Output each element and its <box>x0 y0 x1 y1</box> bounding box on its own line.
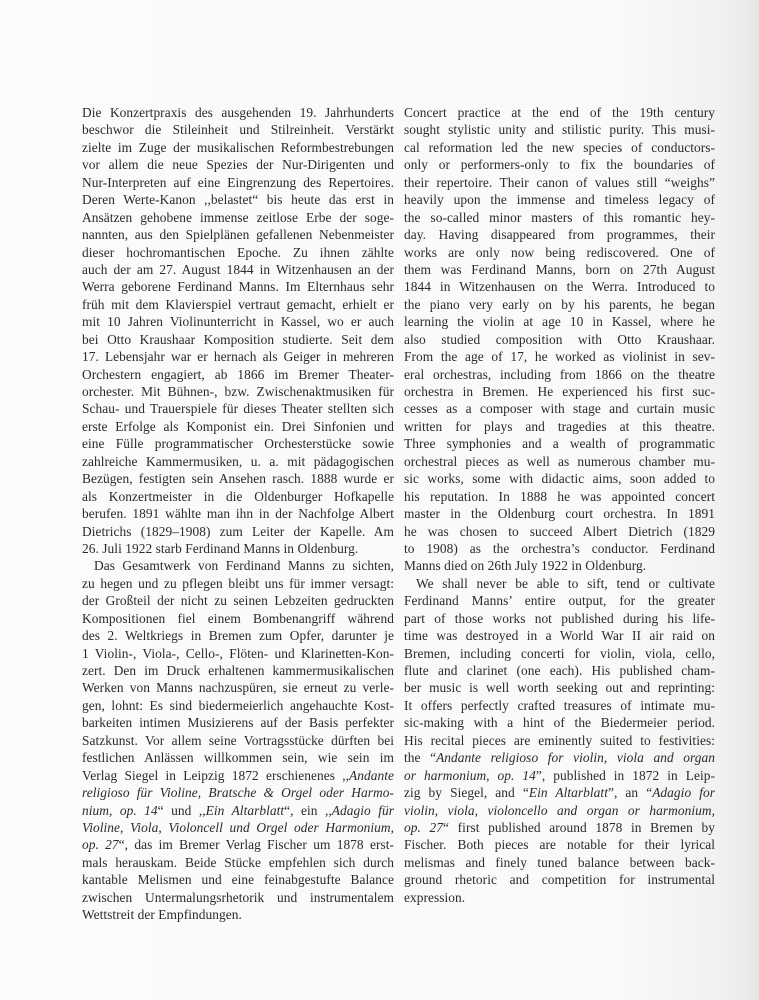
text-line: It offers perfectly crafted treasures of… <box>404 697 715 714</box>
text-fragment: “ und ,, <box>158 803 206 818</box>
text-line: or harmonium, op. 14”, published in 1872… <box>404 767 715 784</box>
text-line: the “Andante religioso for violin, viola… <box>404 749 715 766</box>
document-page: Die Konzertpraxis des ausgehenden 19. Ja… <box>0 0 759 1000</box>
text-line: Fischer. Both pieces are notable for the… <box>404 836 715 853</box>
text-line: day. Having disappeared from programmes,… <box>404 226 715 243</box>
text-line: mals herauskam. Beide Stücke empfehlen s… <box>82 854 394 871</box>
text-line: he was chosen to succeed Albert Dietrich… <box>404 523 715 540</box>
text-line: time was destroyed in a World War II air… <box>404 627 715 644</box>
text-line: Manns died on 26th July 1922 in Oldenbur… <box>404 557 715 574</box>
text-line: op. 27“, das im Bremer Verlag Fischer um… <box>82 836 394 853</box>
german-text-column: Die Konzertpraxis des ausgehenden 19. Ja… <box>82 104 394 924</box>
text-line: bei Otto Kraushaar Komposition studierte… <box>82 331 394 348</box>
text-line: From the age of 17, he worked as violini… <box>404 348 715 365</box>
text-line: op. 27“ first published around 1878 in B… <box>404 819 715 836</box>
text-line: Ansätzen gehobene immense zeitlose Erbe … <box>82 209 394 226</box>
text-line: früh mit dem Klavierspiel vertraut gemac… <box>82 296 394 313</box>
text-line: Wettstreit der Empfindungen. <box>82 906 394 923</box>
text-line: Three symphonies and a wealth of program… <box>404 435 715 452</box>
text-line: Satzkunst. Vor allem seine Vortragsstück… <box>82 732 394 749</box>
text-line: Nur-Interpreten auf eine Eingrenzung des… <box>82 174 394 191</box>
text-line: zig by Siegel, and “Ein Altarblatt”, an … <box>404 784 715 801</box>
text-line: religioso für Violine, Bratsche & Orgel … <box>82 784 394 801</box>
text-fragment: zig by Siegel, and “ <box>404 785 529 800</box>
text-line: cesses as a composer with stage and curt… <box>404 400 715 417</box>
text-line: ber music is well worth seeking out and … <box>404 679 715 696</box>
text-line: dieser hochromantischen Epoche. Zu ihnen… <box>82 244 394 261</box>
text-fragment: “ first published around 1878 in Bremen … <box>443 820 715 835</box>
text-line: heavily upon the immense and timeless le… <box>404 191 715 208</box>
text-line: sic works, some with didactic aims, soon… <box>404 470 715 487</box>
work-title-italic: religioso für Violine, Bratsche & Orgel … <box>82 785 394 800</box>
english-paragraph-works: We shall never be able to sift, tend or … <box>404 575 715 906</box>
text-line: Die Konzertpraxis des ausgehenden 19. Ja… <box>82 104 394 121</box>
text-line: written for plays and tragedies at this … <box>404 418 715 435</box>
text-line: Dietrichs (1829–1908) zum Leiter der Kap… <box>82 523 394 540</box>
text-line: Orchestern engagiert, ab 1866 im Bremer … <box>82 366 394 383</box>
work-title-italic: Violine, Viola, Violoncell und Orgel ode… <box>82 820 394 835</box>
text-fragment: “, das im Bremer Verlag Fischer um 1878 … <box>119 837 394 852</box>
text-line: the so-called minor masters of this roma… <box>404 209 715 226</box>
text-line: the piano very early on by his parents, … <box>404 296 715 313</box>
text-line: gen, lohnt: Es sind biedermeierlich ange… <box>82 697 394 714</box>
text-line: zielte im Zuge der musikalischen Reformb… <box>82 139 394 156</box>
work-title-italic: or harmonium, op. 14 <box>404 768 536 783</box>
text-line: berufen. 1891 wählte man ihn in der Nach… <box>82 505 394 522</box>
text-line: ground rhetoric and competition for inst… <box>404 871 715 888</box>
text-line: orchestral pieces as well as numerous ch… <box>404 453 715 470</box>
text-line: learning the violin at age 10 in Kassel,… <box>404 313 715 330</box>
text-line: als Konzertmeister in die Oldenburger Ho… <box>82 488 394 505</box>
work-title-italic: Ein Altarblatt <box>529 785 608 800</box>
text-fragment: ”, published in 1872 in Leip- <box>536 768 715 783</box>
text-line: orchester. Mit Bühnen-, bzw. Zwischenakt… <box>82 383 394 400</box>
work-title-italic: op. 27 <box>404 820 443 835</box>
text-line: zahlreiche Kammermusiken, u. a. mit päda… <box>82 453 394 470</box>
text-line: Bezügen, festigten sein Ansehen rasch. 1… <box>82 470 394 487</box>
text-line: Ferdinand Manns’ entire output, for the … <box>404 592 715 609</box>
text-line: zert. Den im Druck erhaltenen kammermusi… <box>82 662 394 679</box>
text-line: Concert practice at the end of the 19th … <box>404 104 715 121</box>
text-line: mit 10 Jahren Violinunterricht in Kassel… <box>82 313 394 330</box>
text-line: Schau- und Trauerspiele für dieses Theat… <box>82 400 394 417</box>
text-line: beschwor die Stileinheit und Stilreinhei… <box>82 121 394 138</box>
text-line: des 2. Weltkriegs in Bremen zum Opfer, d… <box>82 627 394 644</box>
text-line: expression. <box>404 889 715 906</box>
text-fragment: the “ <box>404 750 436 765</box>
text-line: them was Ferdinand Manns, born on 27th A… <box>404 261 715 278</box>
text-line: melismas and finely tuned balance betwee… <box>404 854 715 871</box>
text-line: der Großteil der nicht zu seinen Lebzeit… <box>82 592 394 609</box>
text-fragment: Verlag Siegel in Leipzig 1872 erschienen… <box>82 768 349 783</box>
text-line: part of those works not published during… <box>404 610 715 627</box>
text-line: Das Gesamtwerk von Ferdinand Manns zu si… <box>94 557 394 574</box>
text-line: festlichen Anlässen willkommen sein, wie… <box>82 749 394 766</box>
text-line: 1844 in Witzenhausen on the Werra. Intro… <box>404 278 715 295</box>
text-line: Bremen, including concerti for violin, v… <box>404 645 715 662</box>
text-line: kantable Melismen und eine feinabgestuft… <box>82 871 394 888</box>
text-fragment: “, ein ,, <box>284 803 332 818</box>
text-line: barkeiten intimen Musizierens auf der Ba… <box>82 714 394 731</box>
work-title-italic: violin, viola, violoncello and organ or … <box>404 803 715 818</box>
text-line: zu hegen und zu pflegen bleibt uns für i… <box>82 575 394 592</box>
text-line: zwischen Untermalungsrhetorik und instru… <box>82 889 394 906</box>
text-line: also studied composition with Otto Kraus… <box>404 331 715 348</box>
text-line: Kompositionen fiel einem Bombenangriff w… <box>82 610 394 627</box>
text-line: master in the Oldenburg court orchestra.… <box>404 505 715 522</box>
text-line: to 1908) as the orchestra’s conductor. F… <box>404 540 715 557</box>
work-title-italic: Adagio for <box>652 785 715 800</box>
text-fragment: ”, an “ <box>608 785 652 800</box>
text-line: orchestra in Bremen. He experienced his … <box>404 383 715 400</box>
text-line: eine Fülle programmatischer Orchesterstü… <box>82 435 394 452</box>
work-title-italic: op. 27 <box>82 837 119 852</box>
text-line: 26. Juli 1922 starb Ferdinand Manns in O… <box>82 540 394 557</box>
text-line: Deren Werte-Kanon ,,belastet“ bis heute … <box>82 191 394 208</box>
text-line: Werra geborene Ferdinand Manns. Im Elter… <box>82 278 394 295</box>
text-line: nium, op. 14“ und ,,Ein Altarblatt“, ein… <box>82 802 394 819</box>
text-line: Violine, Viola, Violoncell und Orgel ode… <box>82 819 394 836</box>
text-line: 1 Violin-, Viola-, Cello-, Flöten- und K… <box>82 645 394 662</box>
text-line: sic-making with a hint of the Biedermeie… <box>404 714 715 731</box>
text-line: only or performers-only to fix the bound… <box>404 156 715 173</box>
text-line: We shall never be able to sift, tend or … <box>416 575 715 592</box>
text-line: works are only now being rediscovered. O… <box>404 244 715 261</box>
text-line: cal reformation led the new species of c… <box>404 139 715 156</box>
text-line: Werken von Manns nachzuspüren, sie erneu… <box>82 679 394 696</box>
text-line: their repertoire. Their canon of values … <box>404 174 715 191</box>
german-paragraph-biography: Die Konzertpraxis des ausgehenden 19. Ja… <box>82 104 394 557</box>
text-line: flute and clarinet (one each). His publi… <box>404 662 715 679</box>
text-line: auch der am 27. August 1844 in Witzenhau… <box>82 261 394 278</box>
work-title-italic: Adagio für <box>332 803 394 818</box>
text-line: nannten, aus den Spielplänen gefallenen … <box>82 226 394 243</box>
text-line: eral orchestras, including from 1866 on … <box>404 366 715 383</box>
text-line: erste Erfolge als Komponist ein. Drei Si… <box>82 418 394 435</box>
work-title-italic: nium, op. 14 <box>82 803 158 818</box>
german-paragraph-works: Das Gesamtwerk von Ferdinand Manns zu si… <box>82 557 394 923</box>
text-line: Verlag Siegel in Leipzig 1872 erschienen… <box>82 767 394 784</box>
english-paragraph-biography: Concert practice at the end of the 19th … <box>404 104 715 575</box>
text-line: vor allem die neue Spezies der Nur-Dirig… <box>82 156 394 173</box>
work-title-italic: Andante <box>349 768 394 783</box>
work-title-italic: Ein Altarblatt <box>206 803 285 818</box>
english-text-column: Concert practice at the end of the 19th … <box>404 104 715 906</box>
work-title-italic: Andante religioso for violin, viola and … <box>436 750 715 765</box>
text-line: 17. Lebensjahr war er hernach als Geiger… <box>82 348 394 365</box>
text-line: His recital pieces are eminently suited … <box>404 732 715 749</box>
text-line: sought stylistic unity and stilistic pur… <box>404 121 715 138</box>
text-line: violin, viola, violoncello and organ or … <box>404 802 715 819</box>
text-line: his reputation. In 1888 he was appointed… <box>404 488 715 505</box>
